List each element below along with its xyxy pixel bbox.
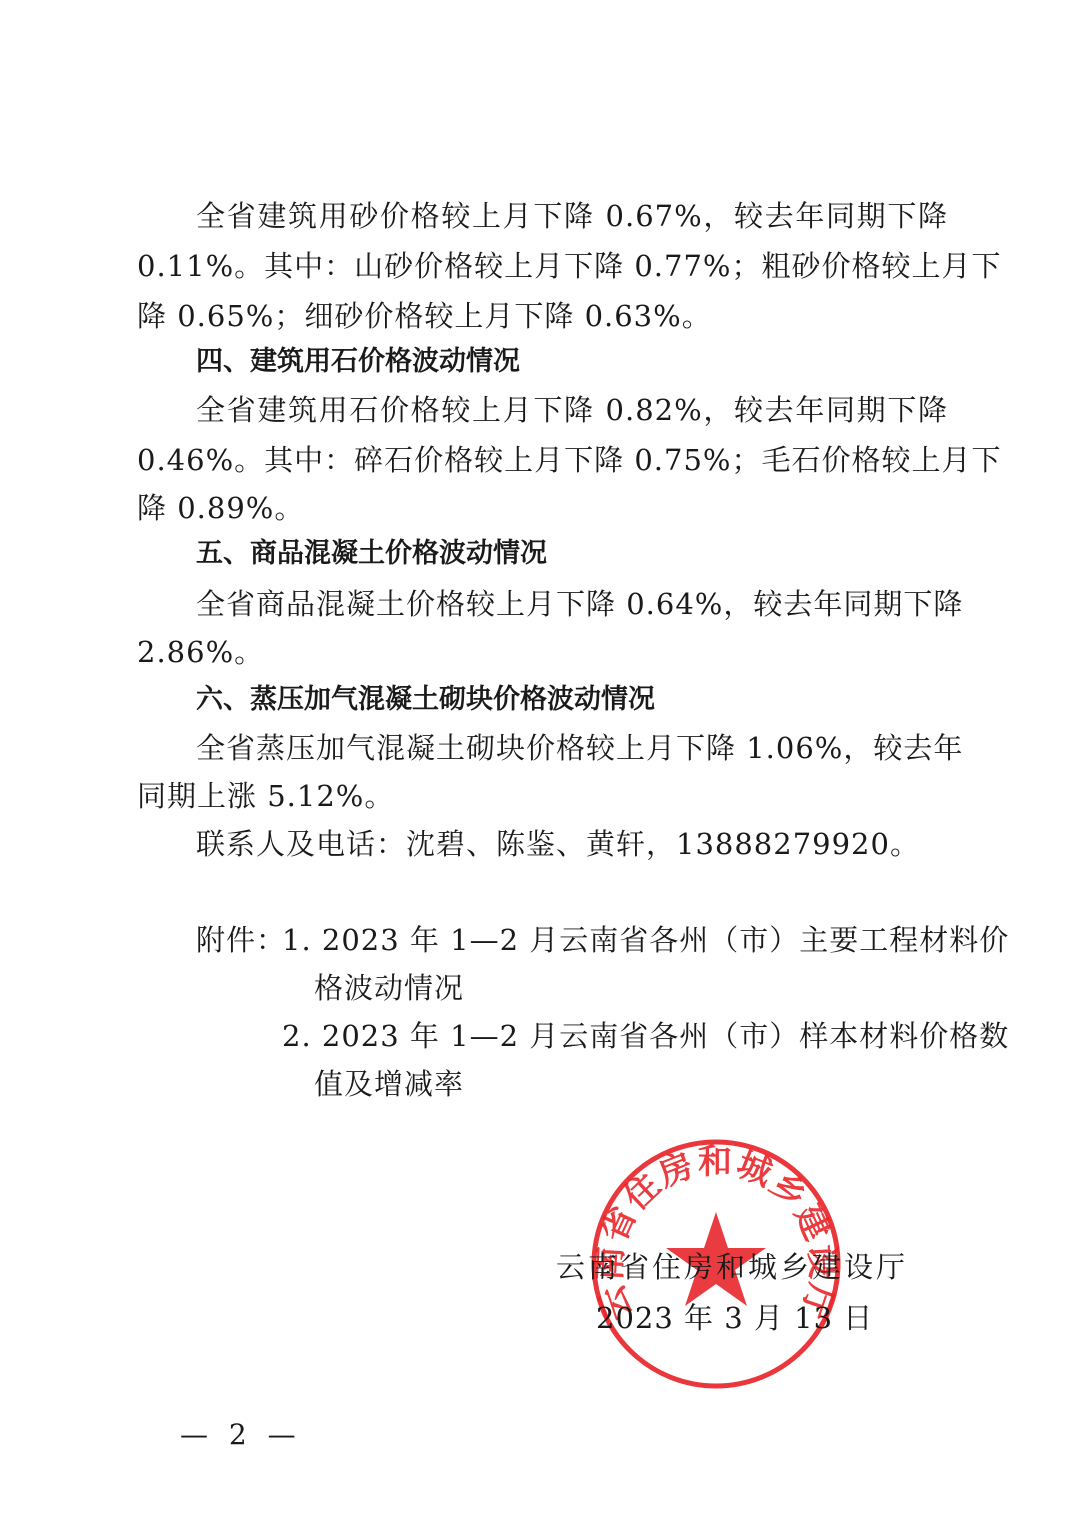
attachment-1-line-1: 1. 2023 年 1—2 月云南省各州（市）主要工程材料价 — [282, 916, 948, 964]
concrete-section-heading: 五、商品混凝土价格波动情况 — [196, 530, 948, 578]
stone-paragraph-line-3: 降 0.89%。 — [137, 484, 949, 532]
stone-paragraph-line-1: 全省建筑用石价格较上月下降 0.82%，较去年同期下降 — [196, 386, 948, 434]
page-number: — 2 — — [180, 1418, 302, 1451]
sand-paragraph-line-1: 全省建筑用砂价格较上月下降 0.67%，较去年同期下降 — [196, 192, 948, 240]
sand-paragraph-line-2: 0.11%。其中：山砂价格较上月下降 0.77%；粗砂价格较上月下 — [137, 242, 949, 290]
aac-block-section-heading: 六、蒸压加气混凝土砌块价格波动情况 — [196, 676, 948, 724]
stone-paragraph-line-2: 0.46%。其中：碎石价格较上月下降 0.75%；毛石价格较上月下 — [137, 436, 949, 484]
aac-block-paragraph-line-2: 同期上涨 5.12%。 — [137, 772, 949, 820]
sand-paragraph-line-3: 降 0.65%；细砂价格较上月下降 0.63%。 — [137, 292, 949, 340]
concrete-paragraph-line-1: 全省商品混凝土价格较上月下降 0.64%，较去年同期下降 — [196, 580, 948, 628]
attachment-2-line-2: 值及增减率 — [314, 1060, 1080, 1108]
concrete-paragraph-line-2: 2.86%。 — [137, 628, 949, 676]
issue-date: 2023 年 3 月 13 日 — [596, 1296, 873, 1337]
attachments-label: 附件： — [196, 916, 286, 964]
aac-block-paragraph-line-1: 全省蒸压加气混凝土砌块价格较上月下降 1.06%，较去年 — [196, 724, 948, 772]
issuer-name: 云南省住房和城乡建设厅 — [556, 1245, 908, 1286]
attachment-2-line-1: 2. 2023 年 1—2 月云南省各州（市）样本材料价格数 — [282, 1012, 948, 1060]
attachment-1-line-2: 格波动情况 — [314, 964, 1080, 1012]
stone-section-heading: 四、建筑用石价格波动情况 — [196, 338, 948, 386]
contact-line: 联系人及电话：沈碧、陈鉴、黄轩，13888279920。 — [196, 820, 948, 868]
